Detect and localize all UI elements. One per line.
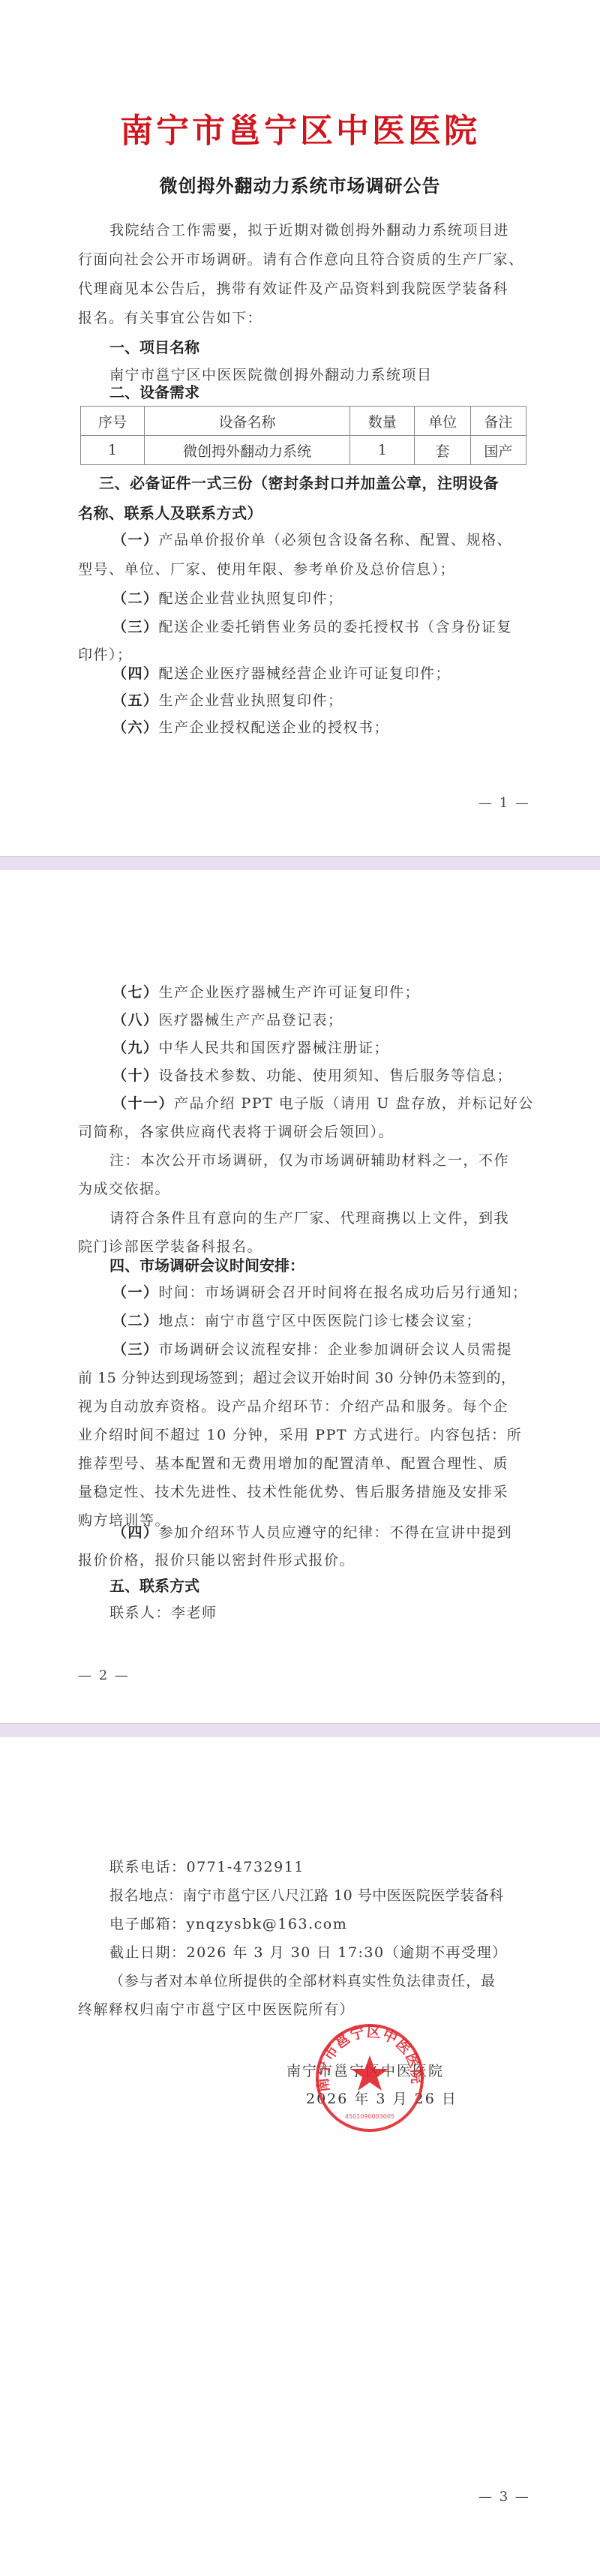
table-cell: 1 bbox=[350, 436, 415, 465]
equipment-table: 序号 设备名称 数量 单位 备注 1 微创拇外翻动力系统 1 套 国产 bbox=[80, 406, 526, 465]
meeting-item-3-line-5: 推荐型号、基本配置和无费用增加的配置清单、配置合理性、质 bbox=[78, 1452, 508, 1473]
item-number: （四） bbox=[112, 1524, 159, 1541]
hospital-name-heading: 南宁市邕宁区中医医院 bbox=[0, 104, 600, 152]
meeting-item-3-line-4: 业介绍时间不超过 10 分钟，采用 PPT 方式进行。内容包括：所 bbox=[78, 1424, 522, 1444]
section-3-heading-line-1: 三、必备证件一式三份（密封条封口并加盖公章，注明设备 bbox=[99, 471, 499, 493]
doc-item-1-cont: 型号、单位、厂家、使用年限、参考单价及总价信息）； bbox=[78, 558, 455, 578]
table-cell: 微创拇外翻动力系统 bbox=[144, 436, 349, 465]
document-title: 微创拇外翻动力系统市场调研公告 bbox=[0, 171, 600, 197]
doc-item-9: （九）中华人民共和国医疗器械注册证； bbox=[112, 1037, 389, 1057]
item-number: （十） bbox=[112, 1067, 159, 1084]
item-number: （三） bbox=[112, 1341, 159, 1358]
item-number: （五） bbox=[112, 692, 159, 709]
page-3: 联系电话：0771-4732911 报名地点：南宁市邕宁区八尺江路 10 号中医… bbox=[0, 1737, 600, 2576]
contact-email: 电子邮箱：ynqzysbk@163.com bbox=[109, 1913, 347, 1933]
item-number: （三） bbox=[112, 619, 159, 635]
page-separator bbox=[0, 1723, 600, 1738]
item-number: （一） bbox=[112, 532, 159, 548]
seal-code: 4501090003005 bbox=[345, 2113, 394, 2120]
table-cell: 国产 bbox=[470, 436, 526, 465]
doc-item-11: （十一）产品介绍 PPT 电子版（请用 U 盘存放，并标记好公 bbox=[112, 1092, 534, 1112]
meeting-item-1: （一）时间：市场调研会召开时间将在报名成功后另行通知； bbox=[112, 1281, 528, 1302]
official-seal-icon: 南宁市邕宁区中医医院 4501090003005 bbox=[314, 2022, 425, 2133]
doc-item-3: （三）配送企业委托销售业务员的委托授权书（含身份证复 bbox=[112, 616, 512, 636]
doc-item-2: （二）配送企业营业执照复印件； bbox=[112, 587, 343, 608]
table-header-cell: 设备名称 bbox=[144, 407, 349, 436]
item-number: （二） bbox=[112, 590, 159, 607]
table-header-cell: 备注 bbox=[470, 407, 526, 436]
page-1: 南宁市邕宁区中医医院 微创拇外翻动力系统市场调研公告 我院结合工作需要，拟于近期… bbox=[0, 0, 600, 856]
page-number-1: — 1 — bbox=[478, 795, 530, 811]
doc-item-1: （一）产品单价报价单（必须包含设备名称、配置、规格、 bbox=[112, 529, 512, 549]
meeting-item-3-line-3: 视为自动放弃资格。设产品介绍环节：介绍产品和服务。每个企 bbox=[78, 1395, 508, 1416]
doc-item-8: （八）医疗器械生产产品登记表； bbox=[112, 1009, 343, 1029]
disclaimer-line-2: 终解释权归南宁市邕宁区中医医院所有） bbox=[78, 1998, 355, 2019]
table-header-row: 序号 设备名称 数量 单位 备注 bbox=[81, 407, 526, 436]
item-number: （二） bbox=[112, 1313, 159, 1329]
item-number: （九） bbox=[112, 1040, 159, 1056]
note-line-2: 为成交依据。 bbox=[78, 1178, 170, 1198]
intro-line-2: 行面向社会公开市场调研。请有合作意向且符合资质的生产厂家、 bbox=[78, 248, 524, 269]
meeting-item-3-line-2: 前 15 分钟达到现场签到；超过会议开始时间 30 分钟仍未签到的， bbox=[78, 1367, 516, 1387]
registration-address: 报名地点：南宁市邕宁区八尺江路 10 号中医医院医学装备科 bbox=[109, 1884, 504, 1905]
table-cell: 1 bbox=[81, 436, 145, 465]
invite-line-2: 院门诊部医学装备科报名。 bbox=[78, 1235, 262, 1256]
page-number-2: — 2 — bbox=[78, 1668, 130, 1683]
section-4-heading: 四、市场调研会议时间安排： bbox=[109, 1253, 304, 1275]
doc-item-11-cont: 司简称，各家供应商代表将于调研会后领回）。 bbox=[78, 1121, 394, 1141]
table-cell: 套 bbox=[415, 436, 470, 465]
table-header-cell: 数量 bbox=[350, 407, 415, 436]
meeting-item-3-line-6: 量稳定性、技术先进性、技术性能优势、售后服务措施及安排采 bbox=[78, 1481, 508, 1501]
meeting-item-4-line-2: 报价价格，报价只能以密封件形式报价。 bbox=[78, 1549, 355, 1569]
intro-line-1: 我院结合工作需要，拟于近期对微创拇外翻动力系统项目进 bbox=[109, 219, 509, 239]
meeting-item-4: （四）参加介绍环节人员应遵守的纪律：不得在宣讲中提到 bbox=[112, 1521, 512, 1542]
item-number: （十一） bbox=[112, 1095, 174, 1112]
doc-item-3-cont: 印件）； bbox=[78, 644, 133, 664]
doc-item-10: （十）设备技术参数、功能、使用须知、售后服务等信息； bbox=[112, 1064, 512, 1085]
table-row: 1 微创拇外翻动力系统 1 套 国产 bbox=[81, 436, 526, 465]
note-line-1: 注：本次公开市场调研，仅为市场调研辅助材料之一，不作 bbox=[109, 1149, 509, 1169]
contact-phone: 联系电话：0771-4732911 bbox=[109, 1856, 304, 1876]
disclaimer-line-1: （参与者对本单位所提供的全部材料真实性负法律责任，最 bbox=[109, 1970, 496, 1990]
page-separator bbox=[0, 856, 600, 871]
page-number-3: — 3 — bbox=[478, 2489, 530, 2505]
contact-person: 联系人：李老师 bbox=[109, 1602, 217, 1622]
item-number: （八） bbox=[112, 1012, 159, 1028]
item-number: （一） bbox=[112, 1284, 159, 1301]
doc-item-6: （六）生产企业授权配送企业的授权书； bbox=[112, 716, 389, 737]
table-header-cell: 单位 bbox=[415, 407, 470, 436]
doc-item-7: （七）生产企业医疗器械生产许可证复印件； bbox=[112, 981, 420, 1001]
item-number: （六） bbox=[112, 719, 159, 736]
meeting-item-2: （二）地点：南宁市邕宁区中医医院门诊七楼会议室； bbox=[112, 1310, 481, 1330]
section-1-heading: 一、项目名称 bbox=[109, 335, 199, 357]
section-3-heading-line-2: 名称、联系人及联系方式） bbox=[78, 501, 262, 523]
item-number: （四） bbox=[112, 665, 159, 682]
doc-item-4: （四）配送企业医疗器械经营企业许可证复印件； bbox=[112, 662, 451, 683]
doc-item-5: （五）生产企业营业执照复印件； bbox=[112, 689, 343, 710]
meeting-item-3: （三）市场调研会议流程安排：企业参加调研会议人员需提 bbox=[112, 1338, 512, 1359]
section-2-heading: 二、设备需求 bbox=[109, 380, 199, 402]
item-number: （七） bbox=[112, 984, 159, 1001]
intro-line-4: 报名。有关事宜公告如下： bbox=[78, 307, 262, 327]
section-5-heading: 五、联系方式 bbox=[109, 1574, 199, 1596]
table-header-cell: 序号 bbox=[81, 407, 145, 436]
page-2: （七）生产企业医疗器械生产许可证复印件； （八）医疗器械生产产品登记表； （九）… bbox=[0, 870, 600, 1725]
invite-line-1: 请符合条件且有意向的生产厂家、代理商携以上文件，到我 bbox=[109, 1207, 509, 1227]
deadline: 截止日期：2026 年 3 月 30 日 17:30（逾期不再受理） bbox=[109, 1941, 508, 1962]
intro-line-3: 代理商见本公告后，携带有效证件及产品资料到我院医学装备科 bbox=[78, 278, 508, 298]
